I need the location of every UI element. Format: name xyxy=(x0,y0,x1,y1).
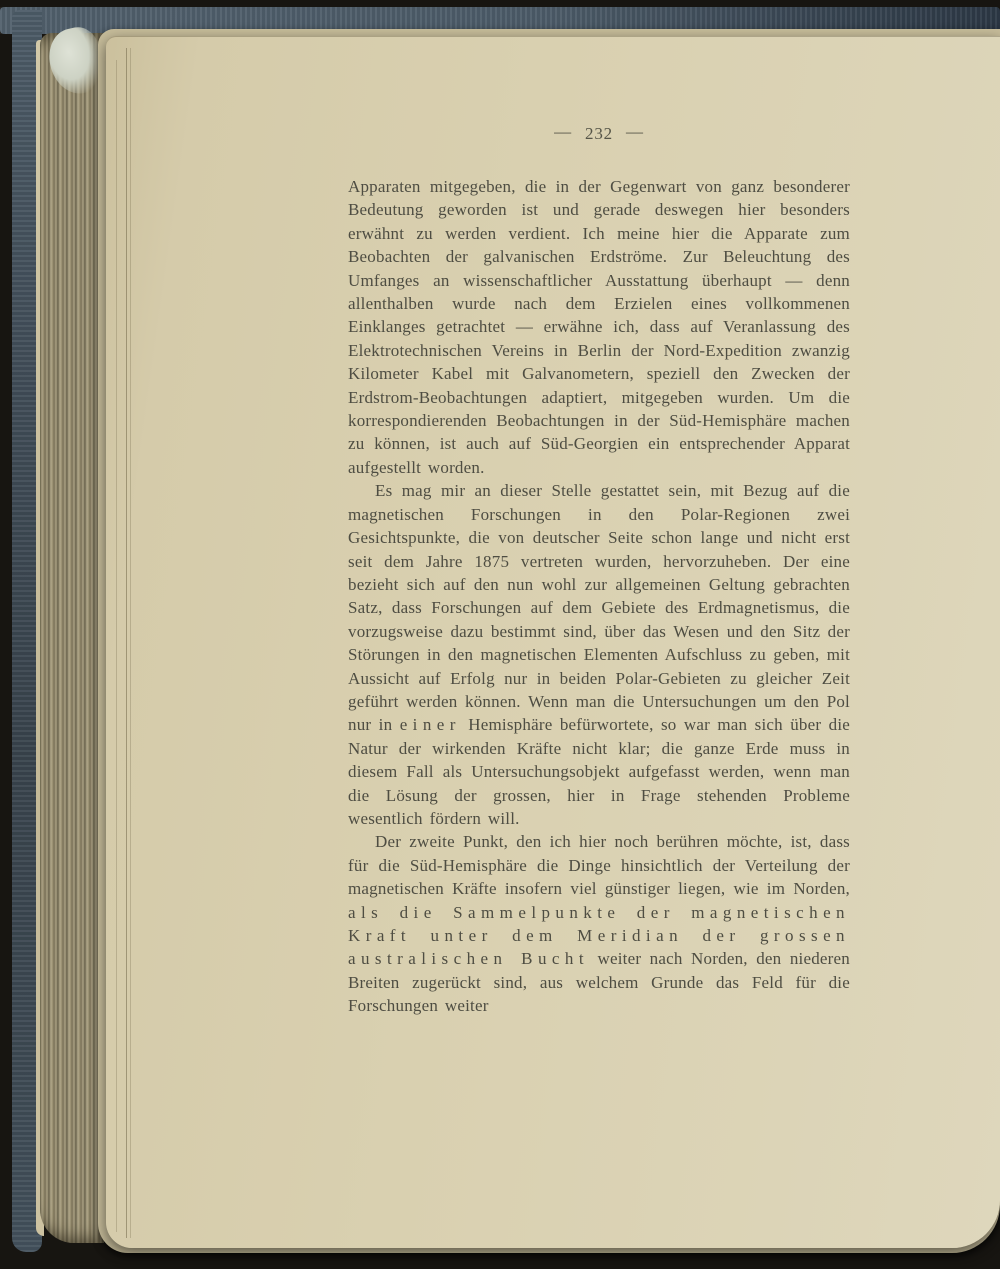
book-page: —232— Apparaten mitgegeben, die in der G… xyxy=(106,36,1000,1248)
paragraph: Apparaten mitgegeben, die in der Gegenwa… xyxy=(348,175,850,479)
body-text: Es mag mir an dieser Stelle gestattet se… xyxy=(348,481,850,734)
page-content: —232— Apparaten mitgegeben, die in der G… xyxy=(348,124,850,1018)
text-block: Apparaten mitgegeben, die in der Gegenwa… xyxy=(348,175,850,1018)
paragraph: Es mag mir an dieser Stelle gestattet se… xyxy=(348,479,850,830)
paragraph: Der zweite Punkt, den ich hier noch berü… xyxy=(348,830,850,1017)
fanned-page-edges xyxy=(40,33,104,1243)
emphasized-spaced-text: einer xyxy=(400,715,461,734)
page-number: 232 xyxy=(585,124,613,143)
page-number-header: —232— xyxy=(348,124,850,144)
header-left-dash: — xyxy=(554,122,572,141)
header-right-dash: — xyxy=(626,122,644,141)
book-scan: —232— Apparaten mitgegeben, die in der G… xyxy=(0,0,1000,1269)
body-text: Apparaten mitgegeben, die in der Gegenwa… xyxy=(348,177,850,477)
body-text: Der zweite Punkt, den ich hier noch berü… xyxy=(348,832,850,898)
